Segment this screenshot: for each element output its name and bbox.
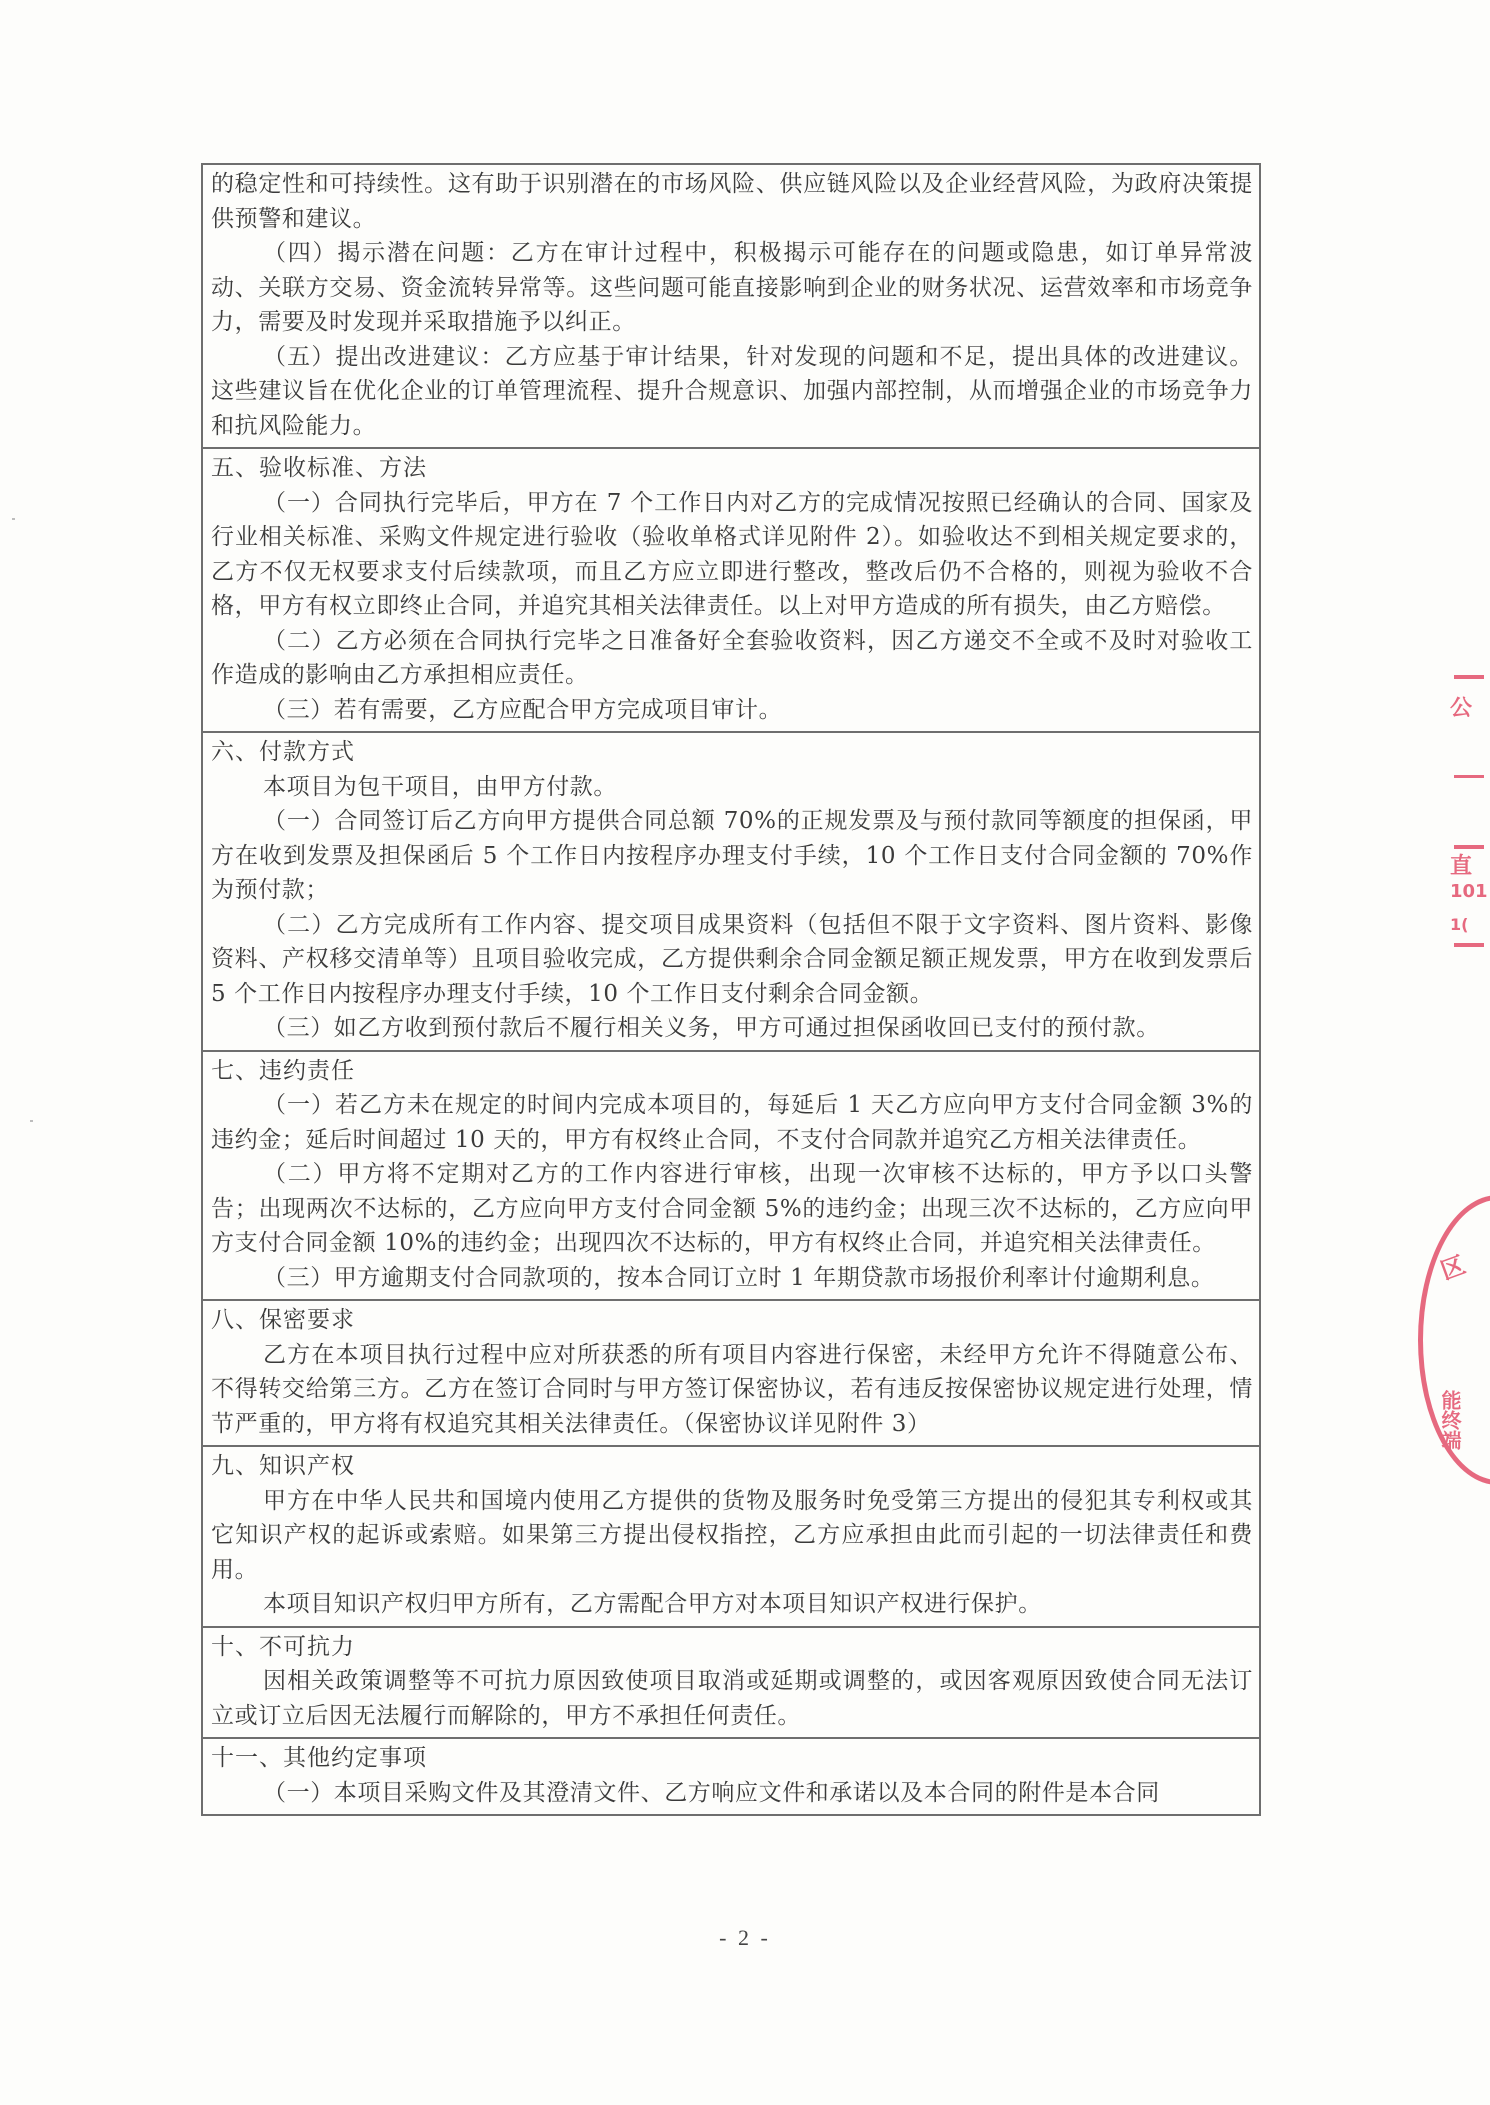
- paragraph: 因相关政策调整等不可抗力原因致使项目取消或延期或调整的，或因客观原因致使合同无法…: [211, 1664, 1253, 1733]
- paragraph: 乙方在本项目执行过程中应对所获悉的所有项目内容进行保密，未经甲方允许不得随意公布…: [211, 1338, 1253, 1442]
- section-title: 十、不可抗力: [211, 1630, 1253, 1665]
- paragraph: （四）揭示潜在问题：乙方在审计过程中，积极揭示可能存在的问题或隐患，如订单异常波…: [211, 236, 1253, 340]
- section-title: 九、知识产权: [211, 1449, 1253, 1484]
- seal-text: 101: [1450, 880, 1488, 904]
- paragraph: （二）甲方将不定期对乙方的工作内容进行审核，出现一次审核不达标的，甲方予以口头警…: [211, 1157, 1253, 1261]
- seal-text: 能终端: [1437, 1390, 1463, 1450]
- seal-border-mark: [1454, 775, 1484, 778]
- contract-table: 的稳定性和可持续性。这有助于识别潜在的市场风险、供应链风险以及企业经营风险，为政…: [201, 163, 1261, 1816]
- section-title: 六、付款方式: [211, 735, 1253, 770]
- paragraph: （一）合同执行完毕后，甲方在 7 个工作日内对乙方的完成情况按照已经确认的合同、…: [211, 486, 1253, 624]
- section-confidentiality: 八、保密要求 乙方在本项目执行过程中应对所获悉的所有项目内容进行保密，未经甲方允…: [203, 1299, 1259, 1445]
- paragraph: 甲方在中华人民共和国境内使用乙方提供的货物及服务时免受第三方提出的侵犯其专利权或…: [211, 1484, 1253, 1588]
- seal-text: 直: [1450, 855, 1472, 879]
- scan-speck: [30, 1120, 33, 1122]
- section-title: 七、违约责任: [211, 1054, 1253, 1089]
- seal-text: 公: [1450, 697, 1472, 721]
- page-number: - 2 -: [0, 1925, 1490, 1951]
- section-breach-liability: 七、违约责任 （一）若乙方未在规定的时间内完成本项目的，每延后 1 天乙方应向甲…: [203, 1050, 1259, 1300]
- section-acceptance: 五、验收标准、方法 （一）合同执行完毕后，甲方在 7 个工作日内对乙方的完成情况…: [203, 447, 1259, 731]
- paragraph: （一）本项目采购文件及其澄清文件、乙方响应文件和承诺以及本合同的附件是本合同: [211, 1776, 1253, 1811]
- seal-text: 1(: [1450, 913, 1468, 937]
- section-title: 五、验收标准、方法: [211, 451, 1253, 486]
- paragraph: （三）若有需要，乙方应配合甲方完成项目审计。: [211, 693, 1253, 728]
- section-other-terms: 十一、其他约定事项 （一）本项目采购文件及其澄清文件、乙方响应文件和承诺以及本合…: [203, 1737, 1259, 1814]
- seal-stamp-fragment-top: 公 直 101 1(: [1448, 675, 1490, 985]
- paragraph: 本项目为包干项目，由甲方付款。: [211, 770, 1253, 805]
- seal-text: 区: [1437, 1252, 1468, 1285]
- seal-border-mark: [1454, 943, 1484, 947]
- paragraph: （二）乙方完成所有工作内容、提交项目成果资料（包括但不限于文字资料、图片资料、影…: [211, 908, 1253, 1012]
- paragraph: （一）若乙方未在规定的时间内完成本项目的，每延后 1 天乙方应向甲方支付合同金额…: [211, 1088, 1253, 1157]
- section-payment: 六、付款方式 本项目为包干项目，由甲方付款。 （一）合同签订后乙方向甲方提供合同…: [203, 731, 1259, 1050]
- paragraph: 的稳定性和可持续性。这有助于识别潜在的市场风险、供应链风险以及企业经营风险，为政…: [211, 167, 1253, 236]
- section-force-majeure: 十、不可抗力 因相关政策调整等不可抗力原因致使项目取消或延期或调整的，或因客观原…: [203, 1626, 1259, 1738]
- section-intellectual-property: 九、知识产权 甲方在中华人民共和国境内使用乙方提供的货物及服务时免受第三方提出的…: [203, 1445, 1259, 1626]
- seal-stamp-fragment-bottom: 区 能终端: [1418, 1195, 1490, 1485]
- paragraph: （二）乙方必须在合同执行完毕之日准备好全套验收资料，因乙方递交不全或不及时对验收…: [211, 624, 1253, 693]
- section-title: 十一、其他约定事项: [211, 1741, 1253, 1776]
- paragraph: （三）如乙方收到预付款后不履行相关义务，甲方可通过担保函收回已支付的预付款。: [211, 1011, 1253, 1046]
- seal-border-mark: [1454, 845, 1484, 849]
- seal-border-mark: [1454, 675, 1484, 679]
- paragraph: （五）提出改进建议：乙方应基于审计结果，针对发现的问题和不足，提出具体的改进建议…: [211, 340, 1253, 444]
- section-title: 八、保密要求: [211, 1303, 1253, 1338]
- paragraph: 本项目知识产权归甲方所有，乙方需配合甲方对本项目知识产权进行保护。: [211, 1587, 1253, 1622]
- paragraph: （三）甲方逾期支付合同款项的，按本合同订立时 1 年期贷款市场报价利率计付逾期利…: [211, 1261, 1253, 1296]
- paragraph: （一）合同签订后乙方向甲方提供合同总额 70%的正规发票及与预付款同等额度的担保…: [211, 804, 1253, 908]
- scan-speck: [12, 518, 15, 520]
- section-continuation: 的稳定性和可持续性。这有助于识别潜在的市场风险、供应链风险以及企业经营风险，为政…: [203, 165, 1259, 447]
